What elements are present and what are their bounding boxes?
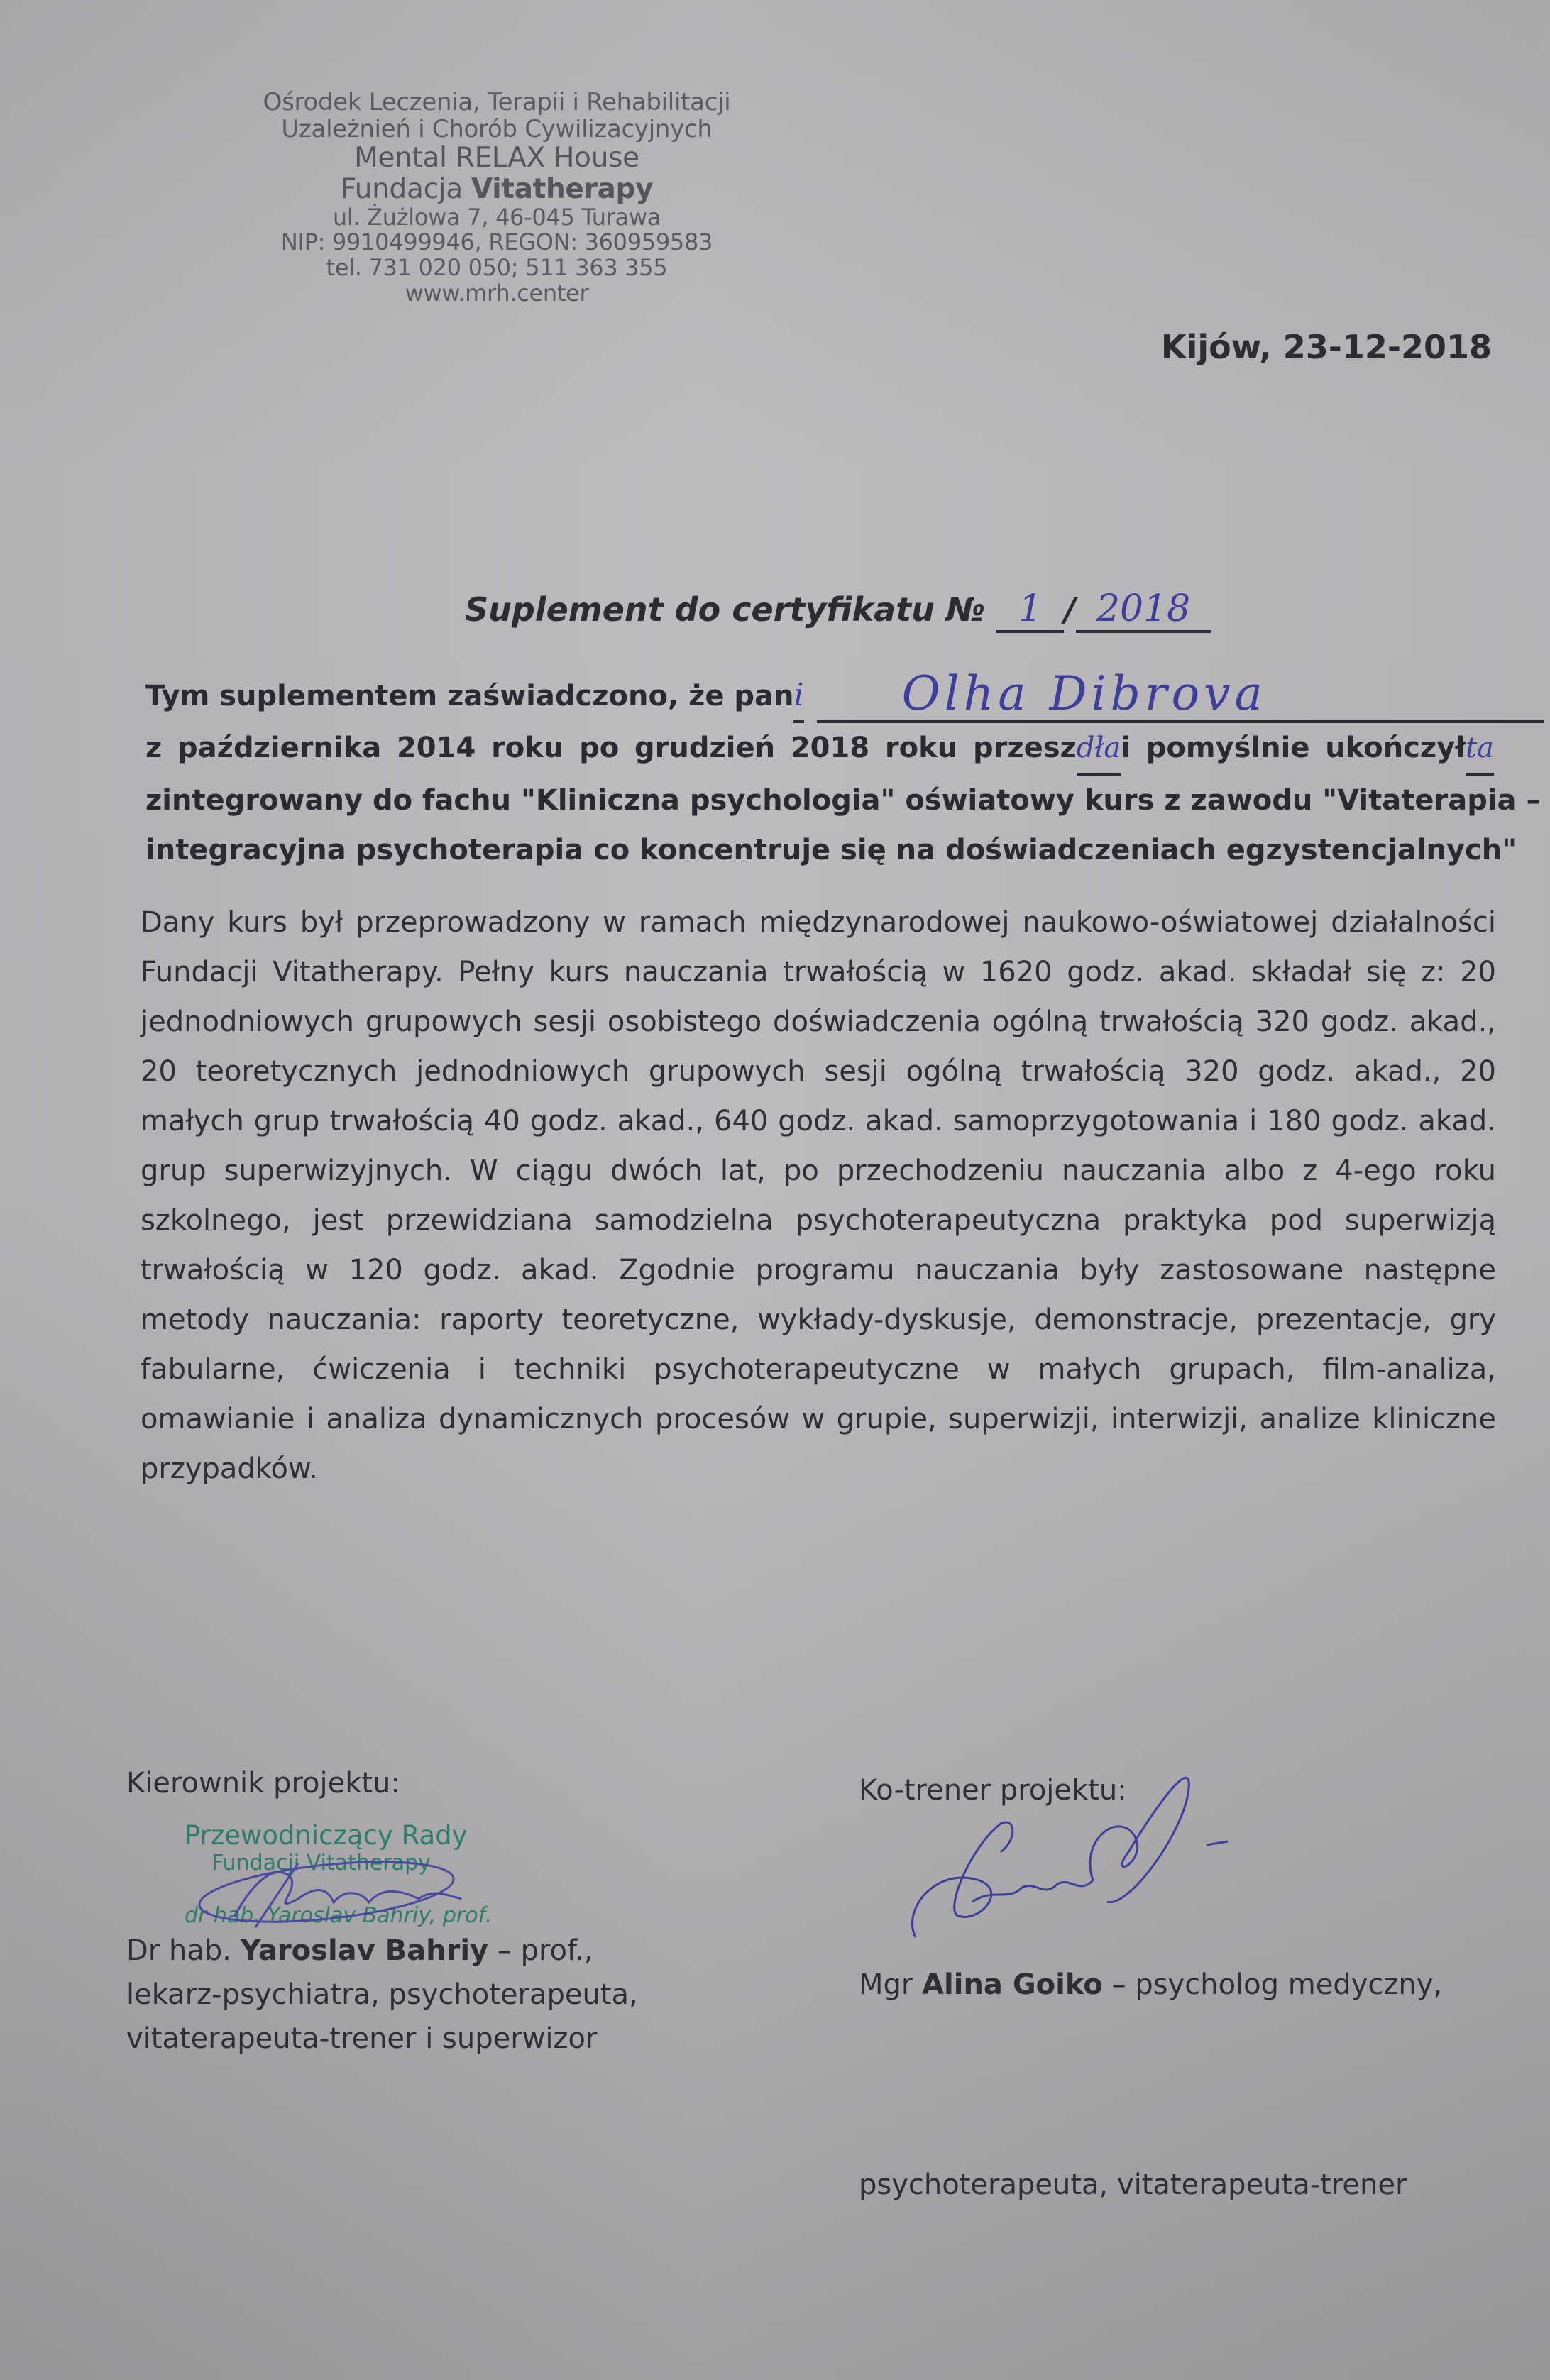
letterhead: Ośrodek Leczenia, Terapii i Rehabilitacj… — [255, 89, 738, 307]
intro-line-1-text: Tym suplementem zaświadczono, że pan — [145, 680, 793, 712]
green-stamp: Przewodniczący Rady Fundacji Vitatherapy… — [185, 1821, 666, 1929]
co-trainer-name: Mgr Alina Goiko – psycholog medyczny, — [859, 1963, 1483, 2007]
document-title: Suplement do certyfikatu № 1/2018 — [465, 588, 1211, 633]
signature-block-co-trainer: Ko-trener projektu: Mgr Alina Goiko – ps… — [859, 1774, 1483, 2207]
title-separator: / — [1064, 590, 1076, 629]
project-lead-role-3: vitaterapeuta-trener i superwizor — [126, 2017, 666, 2061]
cert-year-field: 2018 — [1076, 588, 1211, 633]
handwritten-signature-icon — [192, 1849, 490, 1941]
letterhead-line-1: Ośrodek Leczenia, Terapii i Rehabilitacj… — [255, 89, 738, 116]
intro-line-1: Tym suplementem zaświadczono, że paniOlh… — [145, 671, 1494, 723]
letterhead-website: www.mrh.center — [255, 281, 738, 307]
course-description: Dany kurs był przeprowadzony w ramach mi… — [141, 898, 1496, 1494]
lead-suffix: – prof., — [498, 1934, 593, 1967]
letterhead-phones: tel. 731 020 050; 511 363 355 — [255, 255, 738, 281]
signature-block-project-lead: Kierownik projektu: Przewodniczący Rady … — [126, 1767, 666, 2061]
intro-line-4: integracyjna psychoterapia co koncentruj… — [145, 825, 1494, 875]
cert-number-field: 1 — [996, 588, 1064, 633]
letterhead-address: ul. Żużlowa 7, 46-045 Turawa — [255, 205, 738, 231]
foundation-name: Vitatherapy — [471, 173, 653, 205]
letterhead-house-name: Mental RELAX House — [255, 143, 738, 174]
place-date: Kijów, 23-12-2018 — [1161, 328, 1492, 366]
project-lead-label: Kierownik projektu: — [126, 1767, 666, 1800]
intro-line-3: zintegrowany do fachu "Kliniczna psychol… — [145, 776, 1494, 825]
cert-year-hand: 2018 — [1096, 588, 1190, 630]
intro-line-2-text-b: i pomyślnie ukończył — [1121, 732, 1466, 764]
title-prefix: Suplement do certyfikatu № — [465, 590, 985, 629]
foundation-prefix: Fundacja — [341, 173, 463, 205]
stamp-line-1: Przewodniczący Rady — [185, 1820, 468, 1851]
co-trainer-title: Mgr — [859, 1968, 913, 2001]
co-trainer-role-2: psychoterapeuta, vitaterapeuta-trener — [859, 2163, 1483, 2207]
person-name-field: Olha Dibrova — [817, 685, 1544, 723]
letterhead-tax-ids: NIP: 9910499946, REGON: 360959583 — [255, 230, 738, 255]
intro-line-2-text-a: z października 2014 roku po grudzień 201… — [145, 732, 1077, 764]
co-trainer-person: Alina Goiko — [922, 1968, 1103, 2001]
letterhead-line-2: Uzależnień i Chorób Cywilizacyjnych — [255, 116, 738, 143]
verb-suffix-hand-2: ta — [1466, 723, 1494, 776]
intro-line-2: z października 2014 roku po grudzień 201… — [145, 723, 1494, 776]
gender-suffix-hand: i — [793, 671, 803, 723]
person-name-hand: Olha Dibrova — [902, 669, 1267, 719]
verb-suffix-hand-1: dła — [1077, 723, 1121, 776]
project-lead-role-2: lekarz-psychiatra, psychoterapeuta, — [126, 1973, 666, 2017]
certification-statement: Tym suplementem zaświadczono, że paniOlh… — [145, 671, 1494, 875]
cert-number-hand: 1 — [1018, 588, 1042, 630]
letterhead-foundation: Fundacja Vitatherapy — [255, 174, 738, 205]
handwritten-signature-icon — [894, 1739, 1263, 1951]
co-trainer-suffix: – psycholog medyczny, — [1112, 1968, 1443, 2001]
